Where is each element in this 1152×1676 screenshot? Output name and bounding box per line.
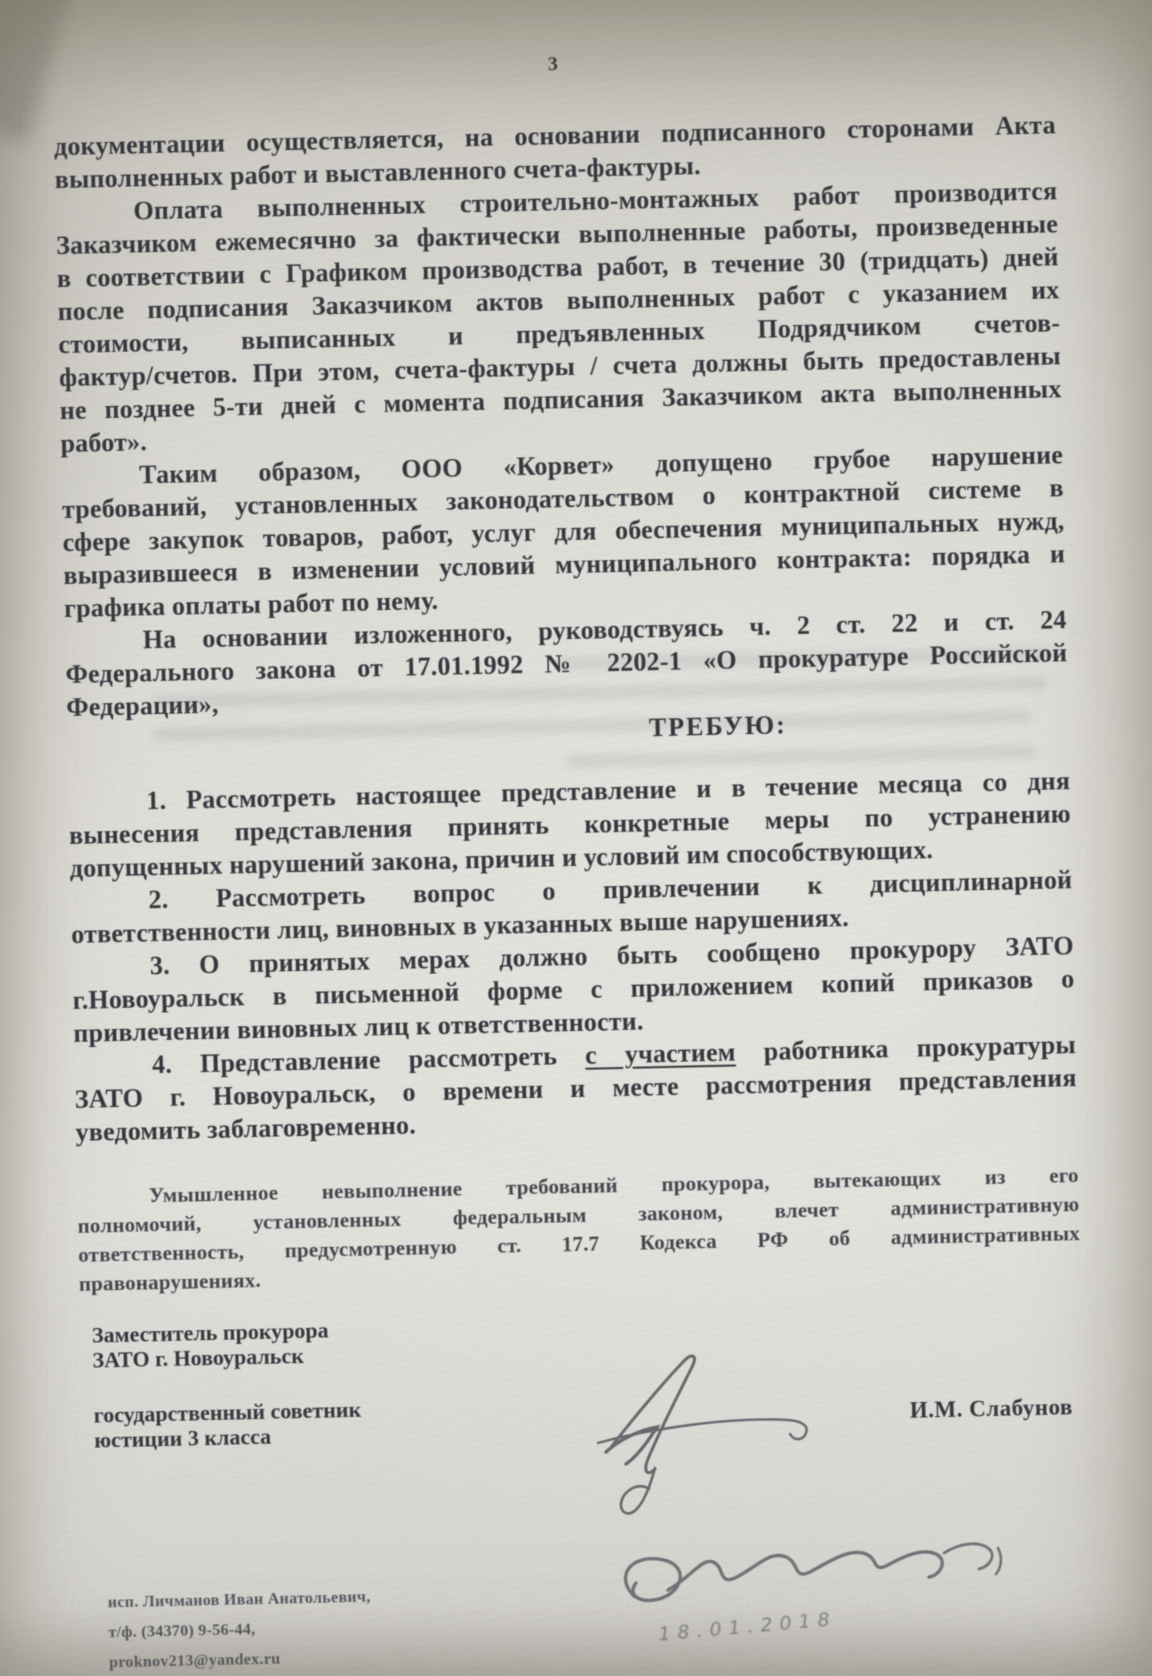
para-payment-terms: Оплата выполненных строительно-монтажных… [55,174,1063,460]
document-body: 3 документации осуществляется, на основа… [52,18,1090,1676]
liability-note: Умышленное невыполнение требований проку… [77,1161,1081,1299]
page-number: 3 [52,40,1054,88]
scanned-page: 3 документации осуществляется, на основа… [0,0,1152,1676]
signer-name: И.М. Слабунов [910,1394,1074,1424]
document-blocks: документации осуществляется, на основани… [54,108,1081,1299]
signer-position: Заместитель прокурора ЗАТО г. Новоуральс… [92,1317,330,1372]
signer-rank-line: юстиции 3 класса [94,1422,362,1453]
signer-rank: государственный советник юстиции 3 класс… [93,1397,362,1453]
demand-4: 4. Представление рассмотреть с участием … [74,1028,1078,1149]
para-violation-conclusion: Таким образом, ООО «Корвет» допущено гру… [61,438,1066,625]
signer-position-line: ЗАТО г. Новоуральск [92,1342,329,1372]
executor-contact: исп. Личманов Иван Анатольевич, т/ф. (34… [107,1567,1089,1676]
underlined-phrase: с участием [585,1037,736,1069]
signature-block: Заместитель прокурора ЗАТО г. Новоуральс… [80,1301,1086,1529]
